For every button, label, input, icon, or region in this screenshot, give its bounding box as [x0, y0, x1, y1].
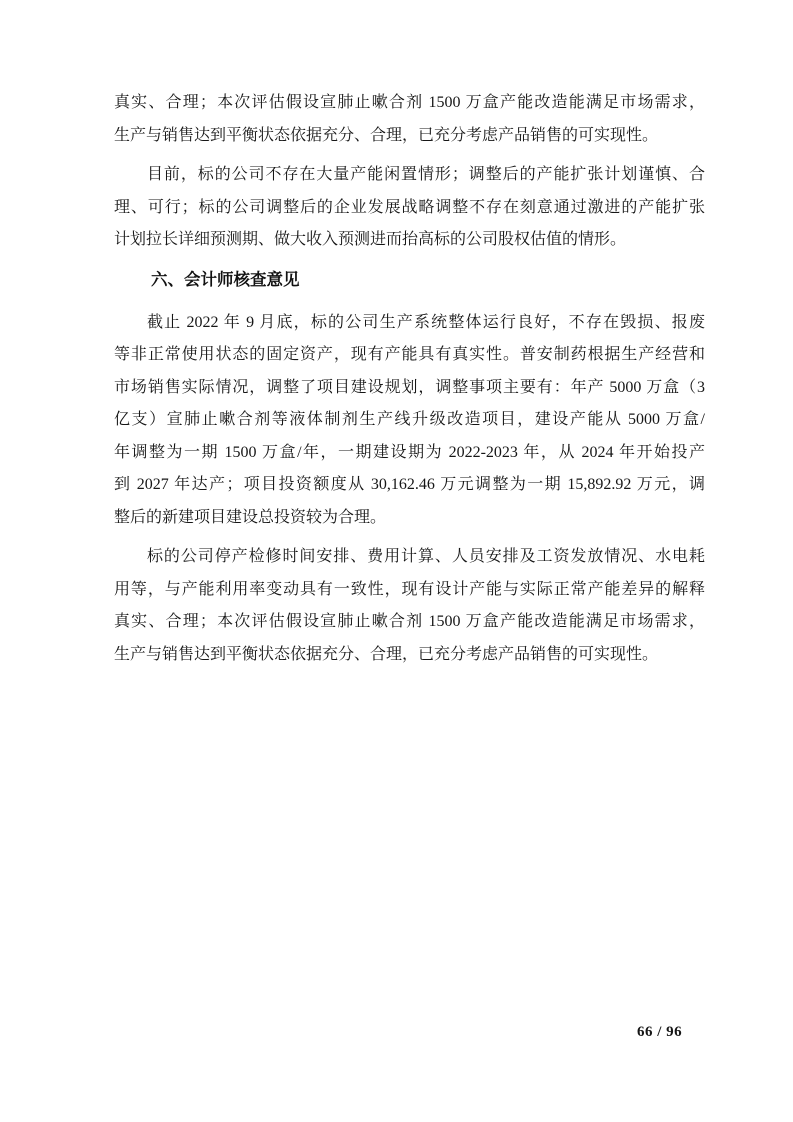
text-line: 到 2027 年达产；项目投资额度从 30,162.46 万元调整为一期 15,… [114, 469, 705, 502]
text-line: 理、可行；标的公司调整后的企业发展战略调整不存在刻意通过激进的产能扩张 [114, 192, 705, 225]
text-line: 年调整为一期 1500 万盒/年，一期建设期为 2022-2023 年，从 20… [114, 437, 705, 470]
document-page: 真实、合理；本次评估假设宣肺止嗽合剂 1500 万盒产能改造能满足市场需求，生产… [0, 0, 793, 1122]
text-line: 整后的新建项目建设总投资较为合理。 [114, 502, 705, 535]
text-line: 标的公司停产检修时间安排、费用计算、人员安排及工资发放情况、水电耗 [114, 541, 705, 574]
text-line: 市场销售实际情况，调整了项目建设规划，调整事项主要有：年产 5000 万盒（3 [114, 372, 705, 405]
text-line: 真实、合理；本次评估假设宣肺止嗽合剂 1500 万盒产能改造能满足市场需求， [114, 606, 705, 639]
paragraph: 标的公司停产检修时间安排、费用计算、人员安排及工资发放情况、水电耗用等，与产能利… [114, 541, 705, 671]
text-line: 等非正常使用状态的固定资产，现有产能具有真实性。普安制药根据生产经营和 [114, 339, 705, 372]
text-line: 真实、合理；本次评估假设宣肺止嗽合剂 1500 万盒产能改造能满足市场需求， [114, 87, 705, 120]
text-line: 亿支）宣肺止嗽合剂等液体制剂生产线升级改造项目，建设产能从 5000 万盒/ [114, 404, 705, 437]
page-number: 66 / 96 [637, 1024, 682, 1041]
text-line: 生产与销售达到平衡状态依据充分、合理，已充分考虑产品销售的可实现性。 [114, 639, 705, 672]
text-line: 截止 2022 年 9 月底，标的公司生产系统整体运行良好，不存在毁损、报废 [114, 307, 705, 340]
text-line: 目前，标的公司不存在大量产能闲置情形；调整后的产能扩张计划谨慎、合 [114, 159, 705, 192]
paragraph: 真实、合理；本次评估假设宣肺止嗽合剂 1500 万盒产能改造能满足市场需求，生产… [114, 87, 705, 152]
paragraph: 截止 2022 年 9 月底，标的公司生产系统整体运行良好，不存在毁损、报废等非… [114, 307, 705, 535]
document-body: 真实、合理；本次评估假设宣肺止嗽合剂 1500 万盒产能改造能满足市场需求，生产… [114, 0, 705, 678]
text-line: 生产与销售达到平衡状态依据充分、合理，已充分考虑产品销售的可实现性。 [114, 120, 705, 153]
paragraph: 目前，标的公司不存在大量产能闲置情形；调整后的产能扩张计划谨慎、合理、可行；标的… [114, 159, 705, 257]
section-heading: 六、会计师核查意见 [114, 264, 705, 297]
text-line: 用等，与产能利用率变动具有一致性，现有设计产能与实际正常产能差异的解释 [114, 574, 705, 607]
text-line: 计划拉长详细预测期、做大收入预测进而抬高标的公司股权估值的情形。 [114, 224, 705, 257]
